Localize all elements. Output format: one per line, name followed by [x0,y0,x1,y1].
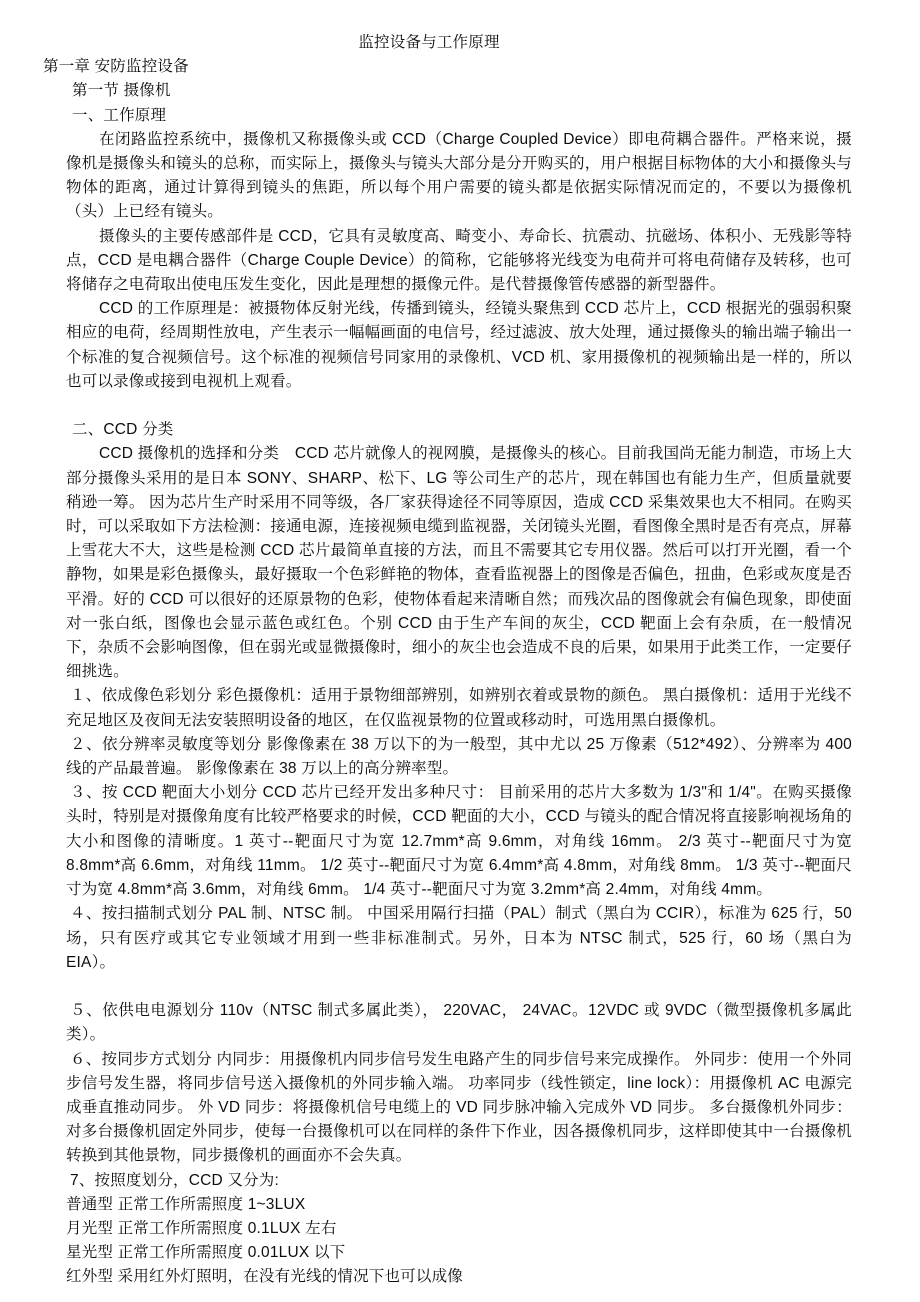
list-item: １、依成像色彩划分 彩色摄像机：适用于景物细部辨别，如辨别衣着或景物的颜色。 黑… [66,684,852,732]
list-item: ４、按扫描制式划分 PAL 制、NTSC 制。 中国采用隔行扫描（PAL）制式（… [66,902,852,975]
list-item: ３、按 CCD 靶面大小划分 CCD 芯片已经开发出多种尺寸： 目前采用的芯片大… [66,781,852,902]
list-item: 7、按照度划分，CCD 又分为: [66,1169,852,1193]
chapter-heading: 第一章 安防监控设备 [43,55,852,79]
paragraph: CCD 摄像机的选择和分类 CCD 芯片就像人的视网膜，是摄像头的核心。目前我国… [66,442,852,684]
document-title: 监控设备与工作原理 [66,31,792,55]
list-item: ６、按同步方式划分 内同步：用摄像机内同步信号发生电路产生的同步信号来完成操作。… [66,1048,852,1169]
blank-line [66,394,852,418]
list-item: 普通型 正常工作所需照度 1~3LUX [66,1193,852,1217]
document-page: 监控设备与工作原理 第一章 安防监控设备 第一节 摄像机 一、工作原理 在闭路监… [0,0,920,1302]
list-item: 星光型 正常工作所需照度 0.01LUX 以下 [66,1241,852,1265]
subsection-heading-working-principle: 一、工作原理 [72,104,852,128]
subsection-heading-ccd-classification: 二、CCD 分类 [72,418,852,442]
paragraph: 摄像头的主要传感部件是 CCD，它具有灵敏度高、畸变小、寿命长、抗震动、抗磁场、… [66,225,852,298]
list-item: ２、依分辨率灵敏度等划分 影像像素在 38 万以下的为一般型，其中尤以 25 万… [66,733,852,781]
blank-line [66,975,852,999]
list-item: 红外型 采用红外灯照明，在没有光线的情况下也可以成像 [66,1265,852,1289]
paragraph: CCD 的工作原理是：被摄物体反射光线，传播到镜头，经镜头聚焦到 CCD 芯片上… [66,297,852,394]
list-item: 月光型 正常工作所需照度 0.1LUX 左右 [66,1217,852,1241]
list-item: ５、依供电电源划分 110v（NTSC 制式多属此类）， 220VAC， 24V… [66,999,852,1047]
section-heading: 第一节 摄像机 [72,79,852,103]
paragraph: 在闭路监控系统中，摄像机又称摄像头或 CCD（Charge Coupled De… [66,128,852,225]
